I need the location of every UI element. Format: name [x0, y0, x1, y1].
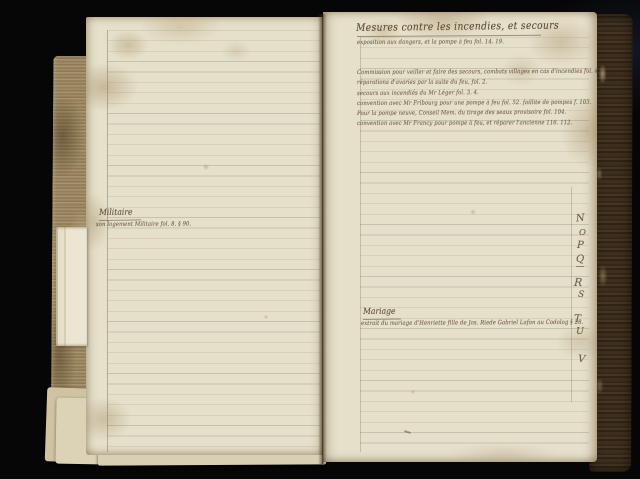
page-title: Mesures contre les incendies, et secours	[356, 20, 559, 34]
index-tab-letter: P	[577, 240, 584, 251]
index-tab-letter: T	[574, 313, 581, 325]
index-entry: réparations d'avaries par la suite du fe…	[357, 79, 487, 86]
left-page	[86, 17, 323, 455]
manuscript-photo: Militaire son logement Militaire fol. 8.…	[0, 0, 640, 479]
page-subtitle: exposition aux dangers, et la pompe à fe…	[357, 38, 504, 46]
index-entry: secours aux incendiés du Mr Léger fol. 3…	[357, 89, 479, 97]
left-section-heading: Militaire	[99, 208, 133, 218]
marriage-entry: extrait du mariage d'Henriette fille de …	[361, 319, 583, 327]
index-entry: Pour la pompe neuve, Conseil Mem. du tir…	[357, 108, 566, 116]
marriage-heading: Mariage	[363, 307, 396, 317]
index-tab-letter: Q	[576, 254, 584, 267]
left-section-entry: son logement Militaire fol. 8. § 90.	[96, 221, 191, 228]
index-tab-letter: N	[575, 213, 585, 225]
inserted-leaf	[56, 227, 87, 346]
index-tab-letter: V	[578, 354, 586, 365]
foxing-stains	[86, 17, 323, 455]
index-tab-letter: U	[576, 326, 584, 337]
index-entry: Commission pour veiller et faire des sec…	[357, 68, 600, 76]
index-tab-letter: O	[579, 228, 586, 238]
book-gutter	[318, 14, 327, 464]
index-tab-letter: R	[574, 276, 583, 289]
index-entry: convention avec Mr Fribourg pour une pom…	[357, 99, 592, 107]
index-entry: convention avec Mr Francy pour pompe à f…	[357, 119, 572, 127]
